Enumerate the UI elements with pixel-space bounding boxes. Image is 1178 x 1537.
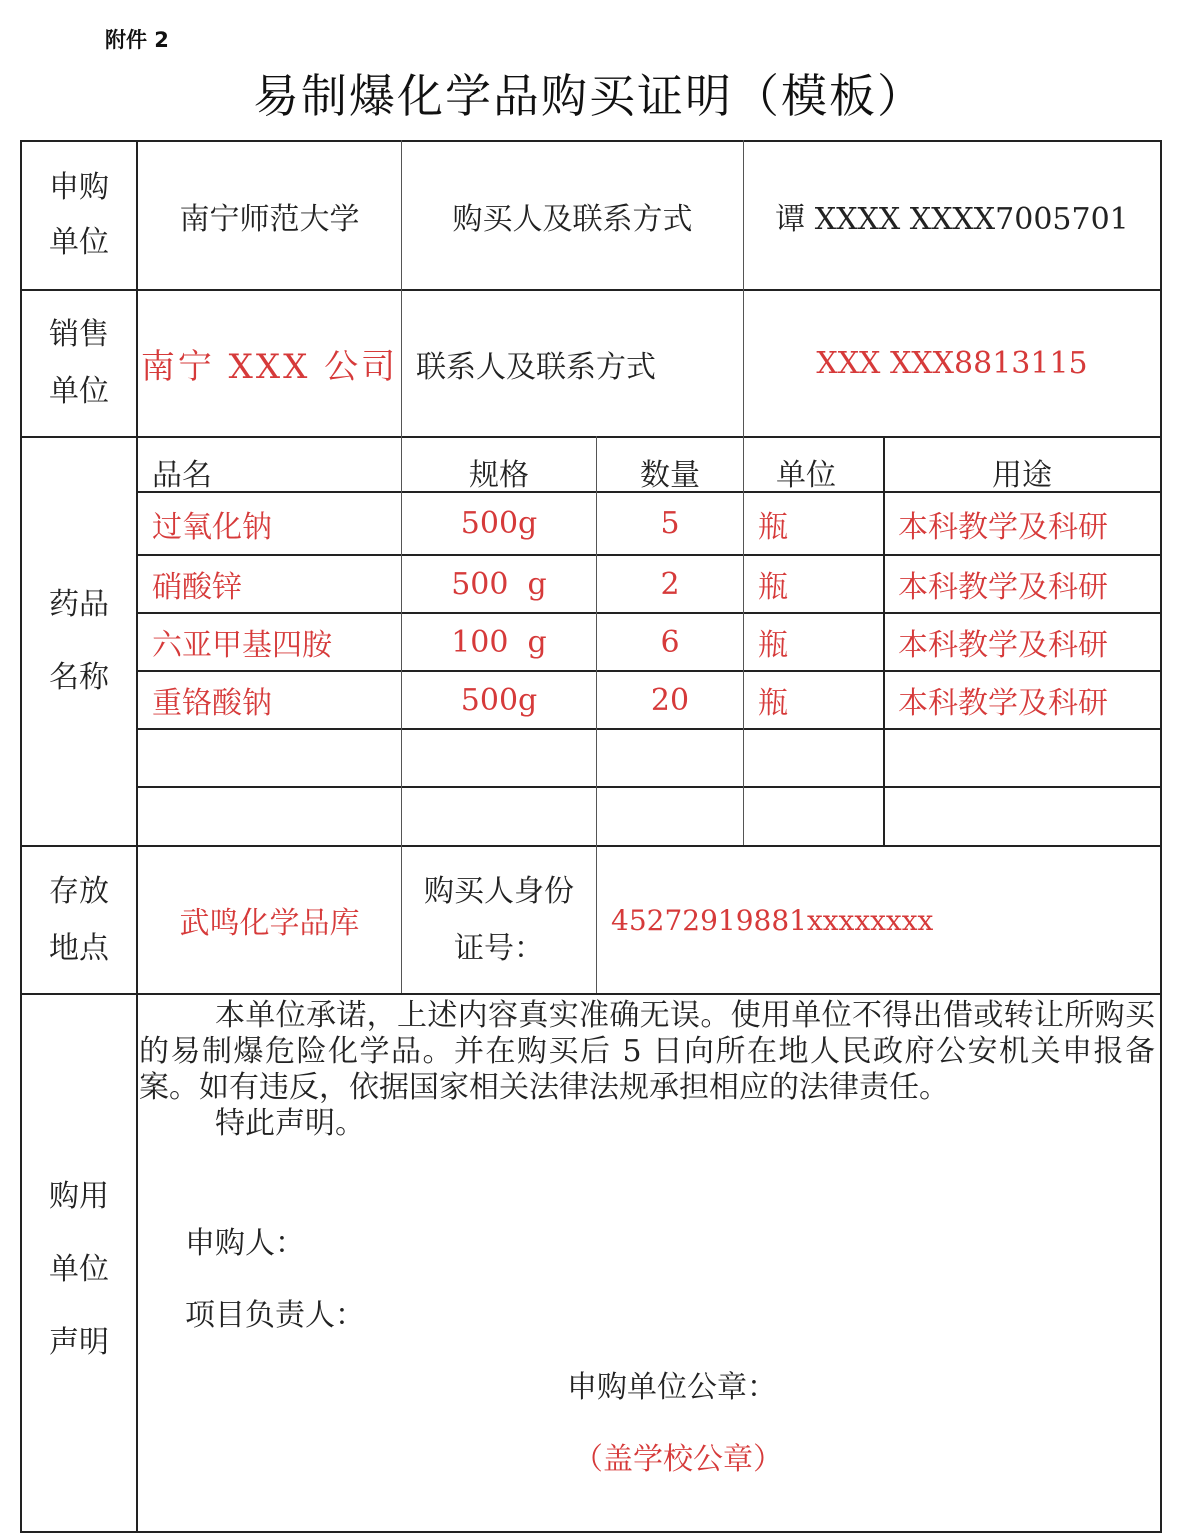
chemicals-label: 药品 名称 [22,438,136,845]
chem-quantity[interactable]: 6 [597,614,743,670]
chem-quantity[interactable]: 20 [597,672,743,728]
chem-unit[interactable]: 瓶 [744,614,883,670]
purchasing-unit-label: 申购 单位 [22,142,136,289]
chem-quantity[interactable]: 2 [597,556,743,612]
chem-spec[interactable]: 100 g [402,614,596,670]
header-spec: 规格 [402,452,596,492]
chem-unit[interactable]: 瓶 [744,556,883,612]
declaration-label: 购用 单位 声明 [22,1160,136,1360]
chem-purpose[interactable]: 本科教学及科研 [884,493,1160,554]
header-unit: 单位 [744,452,868,492]
chem-purpose[interactable]: 本科教学及科研 [884,556,1160,612]
chem-unit[interactable]: 瓶 [744,493,883,554]
buyer-id-value[interactable]: 45272919881xxxxxxxx [597,847,1160,993]
selling-unit-label: 销售 单位 [22,291,136,436]
table-row-empty[interactable] [138,730,1160,786]
header-quantity: 数量 [597,452,743,492]
chem-name[interactable]: 硝酸锌 [138,556,401,612]
header-name: 品名 [138,452,401,492]
chem-spec[interactable]: 500g [402,672,596,728]
chem-name[interactable]: 重铬酸钠 [138,672,401,728]
chem-purpose[interactable]: 本科教学及科研 [884,672,1160,728]
storage-label: 存放 地点 [22,847,136,993]
project-lead-signature-label[interactable]: 项目负责人： [185,1298,365,1334]
chem-quantity[interactable]: 5 [597,493,743,554]
unit-seal-label[interactable]: 申购单位公章： [567,1370,777,1406]
buyer-contact-label: 购买人及联系方式 [402,142,743,289]
declaration-closing: 特此声明。 [215,1106,365,1142]
buyer-contact-value[interactable]: 谭 XXXX XXXX7005701 [744,142,1160,289]
chem-spec[interactable]: 500 g [402,556,596,612]
document-title: 易制爆化学品购买证明（模板） [0,60,1178,126]
table-row-empty[interactable] [138,788,1160,845]
purchasing-unit-value[interactable]: 南宁师范大学 [138,142,401,289]
chem-name[interactable]: 过氧化钠 [138,493,401,554]
storage-value[interactable]: 武鸣化学品库 [138,847,401,993]
applicant-signature-label[interactable]: 申购人： [185,1226,305,1262]
selling-unit-value[interactable]: 南宁 XXX 公司 [138,291,401,436]
declaration-paragraph: 本单位承诺，上述内容真实准确无误。使用单位不得出借或转让所购买的易制爆危险化学品… [139,998,1155,1106]
seller-contact-label: 联系人及联系方式 [402,291,743,436]
chem-unit[interactable]: 瓶 [744,672,883,728]
seller-contact-value[interactable]: XXX XXX8813115 [744,291,1160,436]
chem-name[interactable]: 六亚甲基四胺 [138,614,401,670]
seal-hint: （盖学校公章） [573,1442,783,1478]
attachment-label: 附件 2 [105,24,169,54]
header-purpose: 用途 [884,452,1160,492]
chem-spec[interactable]: 500g [402,493,596,554]
chem-purpose[interactable]: 本科教学及科研 [884,614,1160,670]
buyer-id-label: 购买人身份 证号： [402,847,596,993]
